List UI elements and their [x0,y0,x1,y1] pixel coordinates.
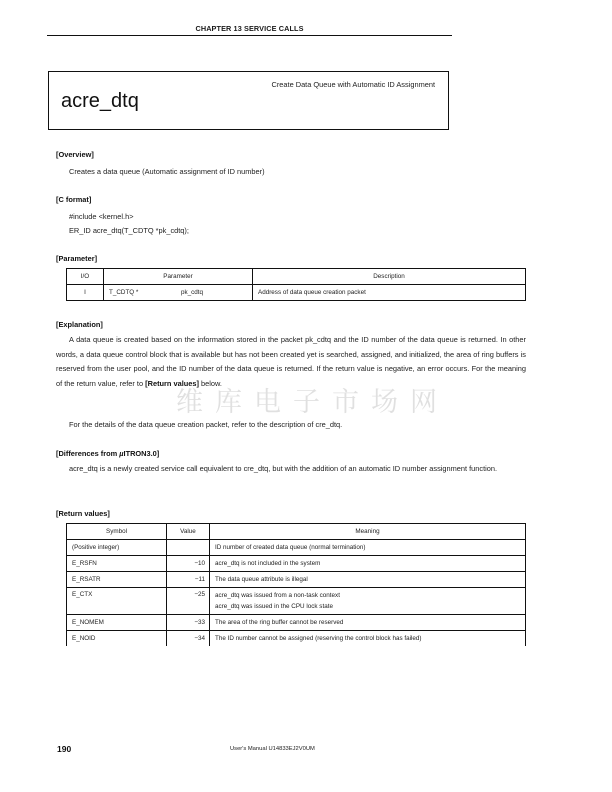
meaning: ID number of created data queue (normal … [210,540,526,556]
table-row: I T_CDTQ *pk_cdtq Address of data queue … [67,285,526,301]
header-rule [47,35,452,36]
c-format-prototype: ER_ID acre_dtq(T_CDTQ *pk_cdtq); [69,226,189,235]
parameter-heading: [Parameter] [56,254,97,263]
param-cell: T_CDTQ *pk_cdtq [104,285,253,301]
differences-heading-prefix: [Differences from [56,449,119,458]
c-format-include: #include <kernel.h> [69,212,134,221]
value: −33 [167,615,210,631]
param-io: I [67,285,104,301]
value [167,540,210,556]
table-row: E_RSFN −10 acre_dtq is not included in t… [67,556,526,572]
meaning-line: acre_dtq was issued in the CPU lock stat… [215,601,520,612]
explanation-paragraph-2: For the details of the data queue creati… [56,418,526,433]
value: −34 [167,631,210,647]
explanation-heading: [Explanation] [56,320,103,329]
differences-heading-suffix: ITRON3.0] [124,449,160,458]
return-values-heading: [Return values] [56,509,110,518]
overview-heading: [Overview] [56,150,94,159]
param-type: T_CDTQ * [109,289,181,296]
parameter-table-header: I/O Parameter Description [67,269,526,285]
table-row: (Positive integer) ID number of created … [67,540,526,556]
param-description: Address of data queue creation packet [253,285,526,301]
column-header-description: Description [253,269,526,285]
explanation-paragraph: A data queue is created based on the inf… [56,333,526,391]
service-call-description: Create Data Queue with Automatic ID Assi… [272,80,436,89]
parameter-table: I/O Parameter Description I T_CDTQ *pk_c… [66,268,526,301]
manual-id: User's Manual U14833EJ2V0UM [230,746,315,752]
meaning: acre_dtq was issued from a non-task cont… [210,588,526,615]
c-format-heading: [C format] [56,195,91,204]
symbol: E_RSFN [67,556,167,572]
overview-text: Creates a data queue (Automatic assignme… [69,167,265,176]
symbol: E_NOMEM [67,615,167,631]
explanation-tail: below. [199,379,222,388]
meaning: The ID number cannot be assigned (reserv… [210,631,526,647]
service-call-name: acre_dtq [61,90,139,113]
value: −25 [167,588,210,615]
explanation-text: A data queue is created based on the inf… [56,335,526,388]
table-row: E_NOMEM −33 The area of the ring buffer … [67,615,526,631]
differences-text: acre_dtq is a newly created service call… [56,462,526,477]
differences-heading: [Differences from µITRON3.0] [56,449,159,458]
return-table-header: Symbol Value Meaning [67,524,526,540]
title-box: acre_dtq Create Data Queue with Automati… [48,71,449,130]
meaning: acre_dtq is not included in the system [210,556,526,572]
table-row: E_CTX −25 acre_dtq was issued from a non… [67,588,526,615]
meaning: The area of the ring buffer cannot be re… [210,615,526,631]
value: −11 [167,572,210,588]
symbol: E_NOID [67,631,167,647]
return-values-table: Symbol Value Meaning (Positive integer) … [66,523,526,646]
value: −10 [167,556,210,572]
table-row: E_RSATR −11 The data queue attribute is … [67,572,526,588]
symbol: (Positive integer) [67,540,167,556]
return-values-reference: [Return values] [145,379,199,388]
meaning-line: acre_dtq was issued from a non-task cont… [215,590,520,601]
page-number: 190 [57,744,71,754]
column-header-io: I/O [67,269,104,285]
param-name: pk_cdtq [181,289,203,296]
symbol: E_RSATR [67,572,167,588]
column-header-meaning: Meaning [210,524,526,540]
table-row: E_NOID −34 The ID number cannot be assig… [67,631,526,647]
column-header-parameter: Parameter [104,269,253,285]
column-header-symbol: Symbol [67,524,167,540]
symbol: E_CTX [67,588,167,615]
meaning: The data queue attribute is illegal [210,572,526,588]
column-header-value: Value [167,524,210,540]
